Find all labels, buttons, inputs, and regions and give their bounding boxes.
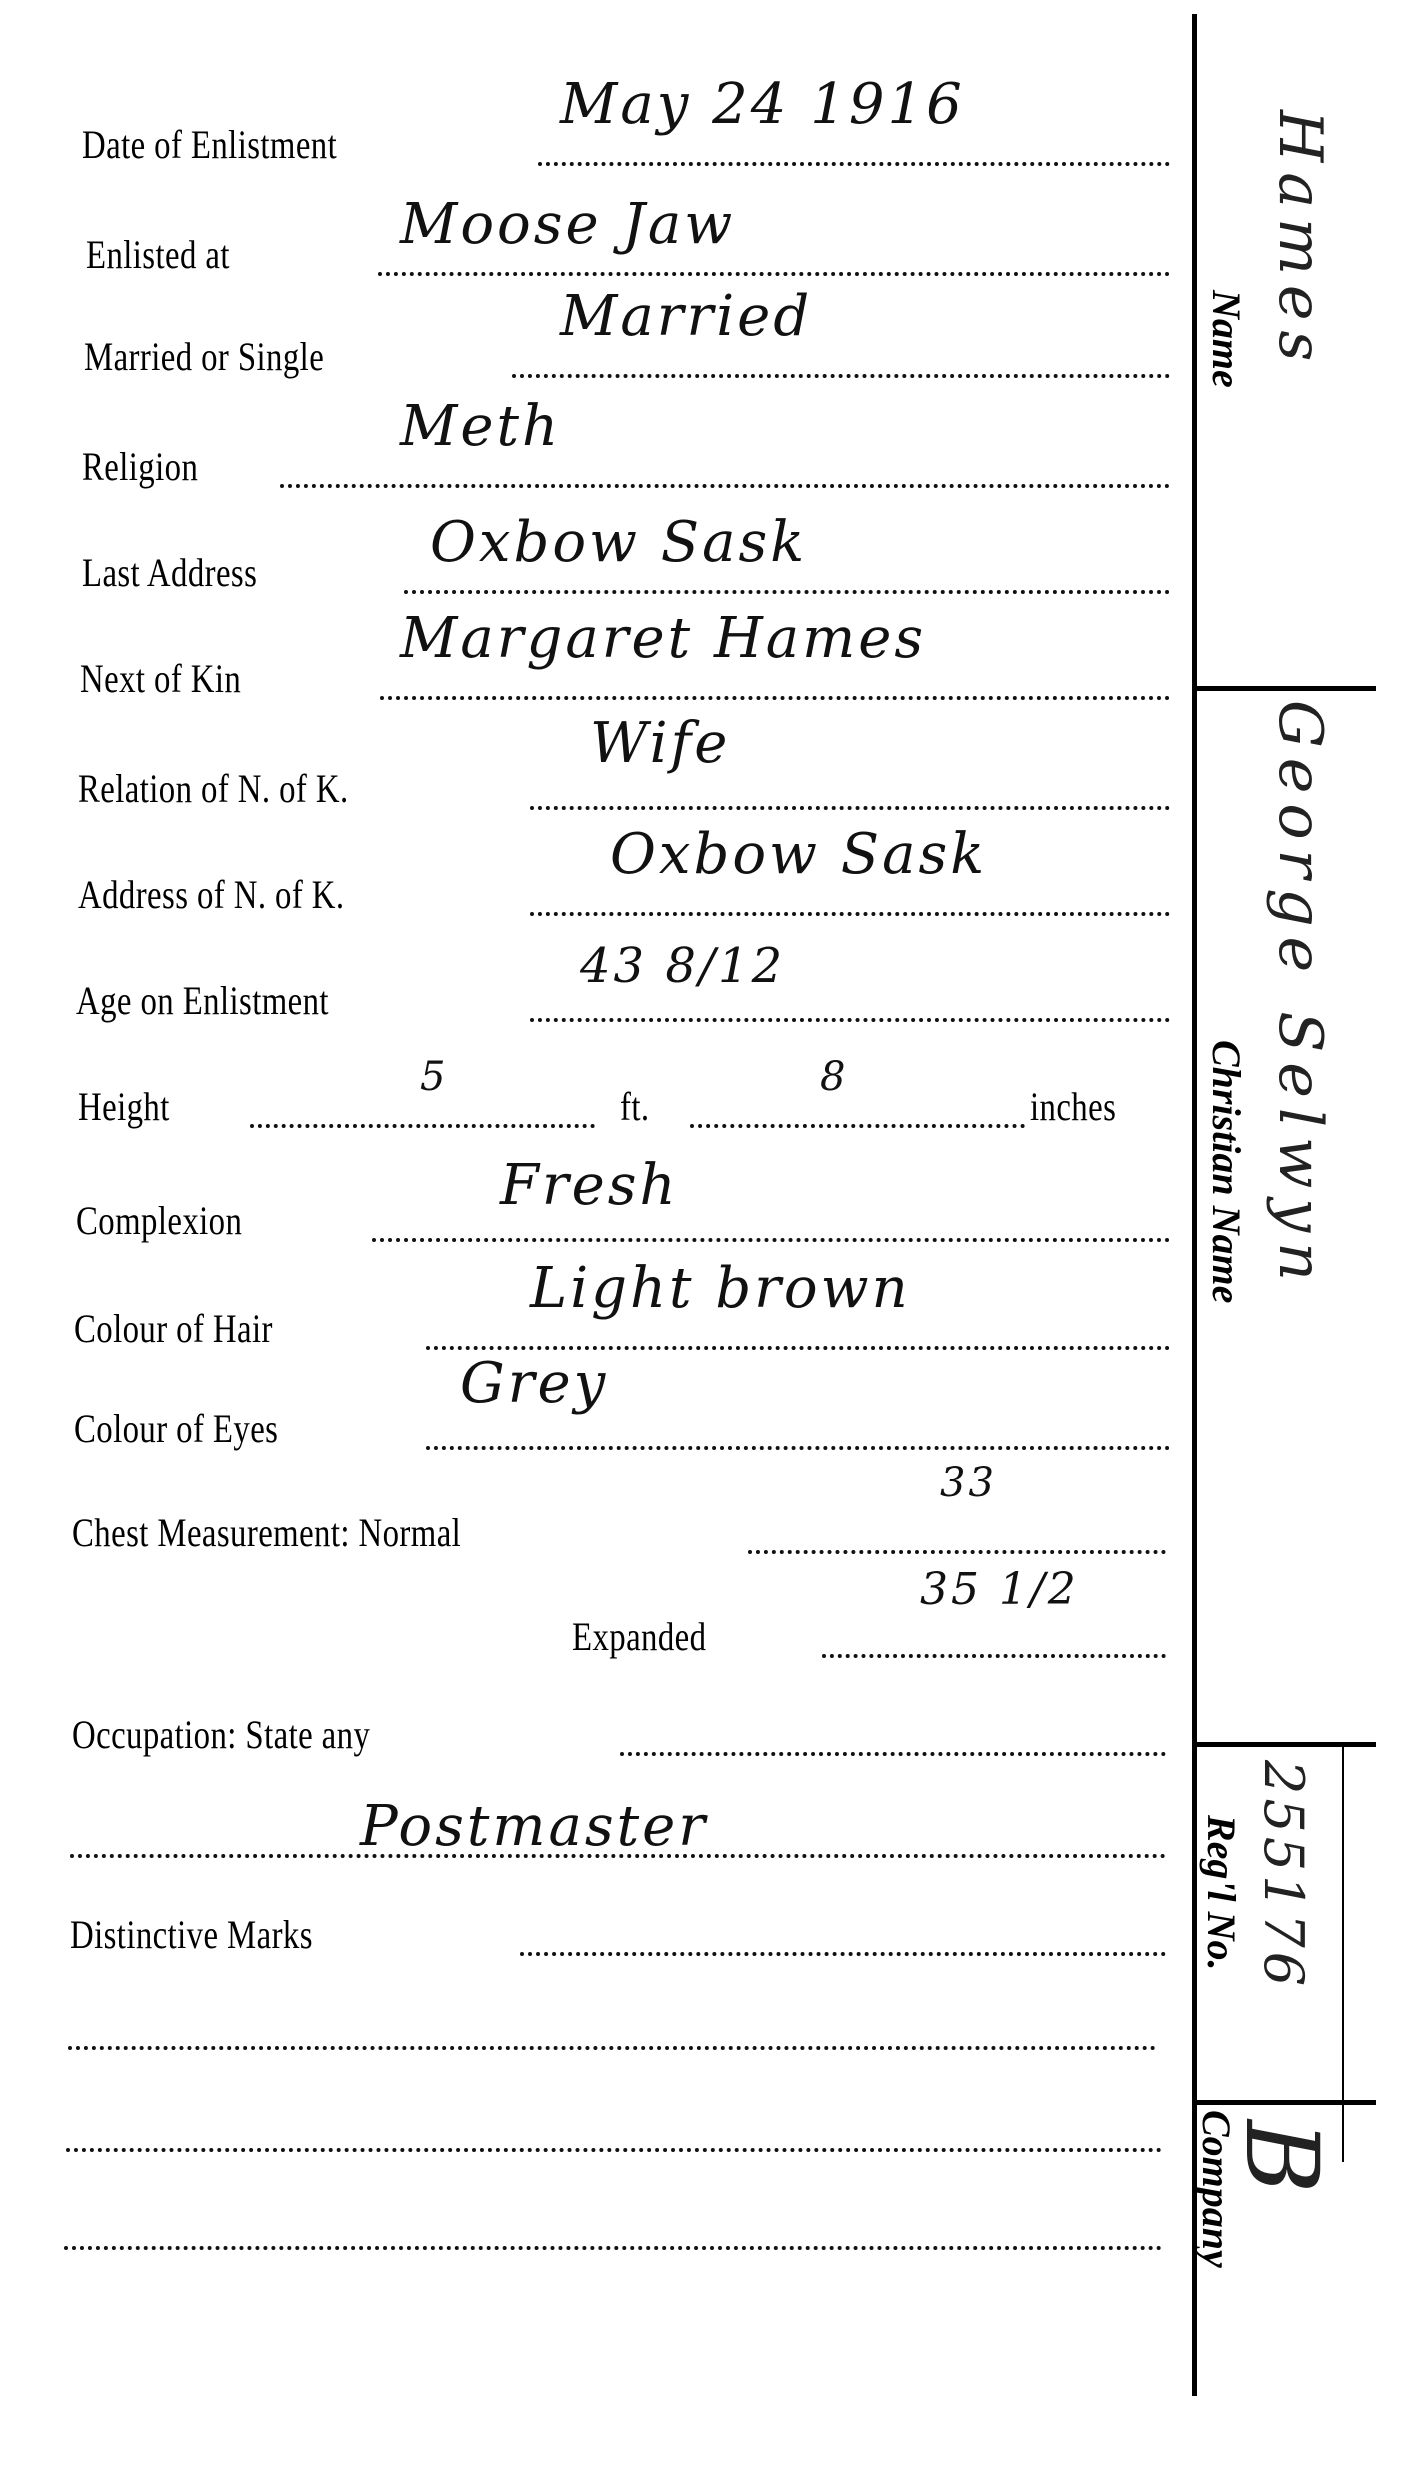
field-value: 43 8/12 — [580, 938, 785, 994]
height-inches-value: 8 — [820, 1054, 848, 1100]
fill-line — [748, 1550, 1166, 1554]
fill-line — [520, 1952, 1166, 1956]
field-distinctive-marks: Distinctive Marks — [0, 1902, 1180, 1962]
field-date-of-enlistment: Date of Enlistment May 24 1916 — [0, 112, 1180, 172]
distinctive-marks-line-2 — [0, 1996, 1180, 2056]
field-colour-of-hair: Colour of Hair Light brown — [0, 1296, 1180, 1356]
christian-name-value: George Selwyn — [1265, 700, 1335, 1291]
distinctive-marks-line-3 — [0, 2098, 1180, 2158]
field-label: Height — [78, 1083, 170, 1130]
field-value: Postmaster — [360, 1794, 708, 1859]
field-label: Complexion — [76, 1197, 242, 1244]
fill-line — [68, 2046, 1156, 2050]
field-value: Wife — [590, 711, 730, 776]
field-value: Married — [560, 284, 812, 349]
fill-line-inches — [690, 1124, 1025, 1128]
fill-line — [280, 484, 1170, 488]
field-religion: Religion Meth — [0, 434, 1180, 494]
field-label: Last Address — [82, 549, 257, 596]
fill-line — [426, 1346, 1170, 1350]
field-enlisted-at: Enlisted at Moose Jaw — [0, 222, 1180, 282]
main-vertical-rule — [1192, 14, 1197, 2396]
field-chest-expanded: Expanded 35 1/2 — [0, 1604, 1180, 1664]
field-occupation-line-2: Postmaster — [0, 1804, 1180, 1864]
field-label: Chest Measurement: Normal — [72, 1509, 461, 1556]
fill-line — [66, 2148, 1162, 2152]
fill-line — [64, 2246, 1162, 2250]
field-address-of-nok: Address of N. of K. Oxbow Sask — [0, 862, 1180, 922]
field-label: Relation of N. of K. — [78, 765, 349, 812]
field-label: Colour of Eyes — [74, 1405, 278, 1452]
name-value: Hames — [1265, 110, 1335, 371]
divider-regl-company — [1194, 2100, 1376, 2105]
fill-line-feet — [250, 1124, 595, 1128]
field-chest-normal: Chest Measurement: Normal 33 — [0, 1500, 1180, 1560]
regl-no-label: Reg'l No. — [1198, 1815, 1245, 1971]
field-label: Colour of Hair — [74, 1305, 273, 1352]
field-value: Margaret Hames — [400, 606, 926, 671]
company-inner-rule — [1342, 2102, 1344, 2162]
regl-no-value: 255176 — [1252, 1760, 1315, 1990]
field-married-or-single: Married or Single Married — [0, 324, 1180, 384]
field-value: 33 — [940, 1460, 997, 1506]
field-value: Meth — [400, 394, 561, 459]
field-label: Distinctive Marks — [70, 1911, 313, 1958]
field-relation-of-nok: Relation of N. of K. Wife — [0, 756, 1180, 816]
field-last-address: Last Address Oxbow Sask — [0, 540, 1180, 600]
fill-line — [530, 912, 1170, 916]
field-label: Married or Single — [84, 333, 324, 380]
divider-name-christian — [1194, 686, 1376, 691]
fill-line — [822, 1654, 1166, 1658]
fill-line — [512, 374, 1170, 378]
fill-line — [426, 1446, 1170, 1450]
field-label: Occupation: State any — [72, 1711, 370, 1758]
field-next-of-kin: Next of Kin Margaret Hames — [0, 646, 1180, 706]
field-value: Oxbow Sask — [610, 822, 987, 887]
field-label: Address of N. of K. — [78, 871, 345, 918]
fill-line — [372, 1238, 1170, 1242]
field-colour-of-eyes: Colour of Eyes Grey — [0, 1396, 1180, 1456]
field-label: Enlisted at — [86, 231, 230, 278]
fill-line — [378, 272, 1170, 276]
field-label: Expanded — [572, 1613, 706, 1660]
field-occupation: Occupation: State any — [0, 1702, 1180, 1762]
field-value: Light brown — [530, 1256, 911, 1321]
height-feet-value: 5 — [420, 1054, 448, 1100]
fill-line — [620, 1752, 1166, 1756]
ft-label: ft. — [620, 1083, 649, 1130]
field-label: Religion — [82, 443, 198, 490]
field-label: Next of Kin — [80, 655, 241, 702]
fill-line — [538, 162, 1170, 166]
christian-name-label: Christian Name — [1203, 1040, 1250, 1303]
regl-inner-rule — [1342, 1742, 1344, 2102]
fill-line — [404, 590, 1170, 594]
divider-christian-regl — [1194, 1742, 1376, 1747]
distinctive-marks-line-4 — [0, 2196, 1180, 2256]
fill-line — [530, 806, 1170, 810]
inches-label: inches — [1030, 1083, 1116, 1130]
field-age-on-enlistment: Age on Enlistment 43 8/12 — [0, 968, 1180, 1028]
field-value: May 24 1916 — [560, 72, 965, 137]
company-value: B — [1223, 2120, 1340, 2204]
field-value: 35 1/2 — [920, 1564, 1079, 1615]
field-value: Moose Jaw — [400, 192, 735, 257]
field-label: Age on Enlistment — [76, 977, 329, 1024]
fill-line — [530, 1018, 1170, 1022]
field-value: Oxbow Sask — [430, 510, 807, 575]
field-value: Grey — [460, 1351, 608, 1416]
field-height: Height 5 ft. 8 inches — [0, 1074, 1180, 1134]
field-complexion: Complexion Fresh — [0, 1188, 1180, 1248]
fill-line — [380, 696, 1170, 700]
name-label: Name — [1203, 290, 1250, 388]
field-label: Date of Enlistment — [82, 121, 337, 168]
field-value: Fresh — [500, 1153, 679, 1218]
